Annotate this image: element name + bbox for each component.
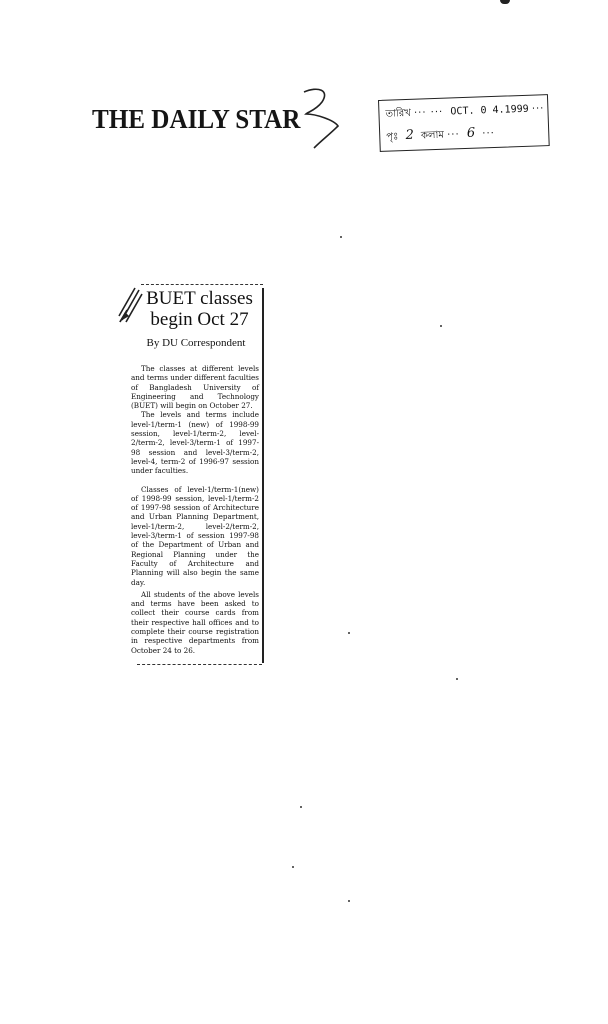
stamp-date-value: OCT. 0 4.1999 (450, 104, 529, 118)
scan-speck (340, 236, 342, 238)
article-paragraph: All students of the above levels and ter… (131, 590, 259, 655)
headline-line-2: begin Oct 27 (137, 309, 262, 330)
headline-line-1: BUET classes (137, 288, 262, 309)
article-paragraph: The classes at different levels and term… (131, 364, 259, 410)
scan-speck (300, 806, 302, 808)
scan-speck (348, 900, 350, 902)
stamp-date-label: তারিখ (385, 108, 411, 120)
stamp-column-label: কলাম (421, 130, 444, 142)
stamp-dots: ··· ··· (414, 107, 444, 119)
scan-edge-mark (500, 0, 510, 4)
stamp-dots: ··· (482, 128, 495, 139)
scan-speck (292, 866, 294, 868)
article-paragraph: The levels and terms include level-1/ter… (131, 410, 259, 475)
scan-speck (456, 678, 458, 680)
stamp-page-value: 2 (405, 128, 414, 143)
scan-speck (348, 632, 350, 634)
archive-date-stamp: তারিখ ··· ··· OCT. 0 4.1999 ··· পৃঃ 2 কল… (378, 94, 550, 152)
stamp-column-value: 6 (467, 126, 476, 141)
clipping-right-edge (262, 288, 264, 663)
article-paragraph: Classes of level-1/term-1(new) of 1998-9… (131, 485, 259, 587)
stamp-page-label: পৃঃ (386, 131, 399, 142)
clipping-bottom-edge (137, 664, 262, 666)
clipping-top-edge (141, 284, 263, 286)
stamp-dots: ··· (447, 129, 460, 140)
article-byline: By DU Correspondent (131, 337, 261, 349)
news-clipping: BUET classes begin Oct 27 By DU Correspo… (117, 280, 265, 670)
article-headline: BUET classes begin Oct 27 (137, 288, 262, 330)
scan-speck (440, 325, 442, 327)
newspaper-masthead: THE DAILY STAR (92, 104, 300, 135)
stamp-dots: ··· (532, 103, 545, 114)
handwritten-number-mark (300, 84, 344, 154)
article-body: The classes at different levels and term… (131, 364, 259, 655)
